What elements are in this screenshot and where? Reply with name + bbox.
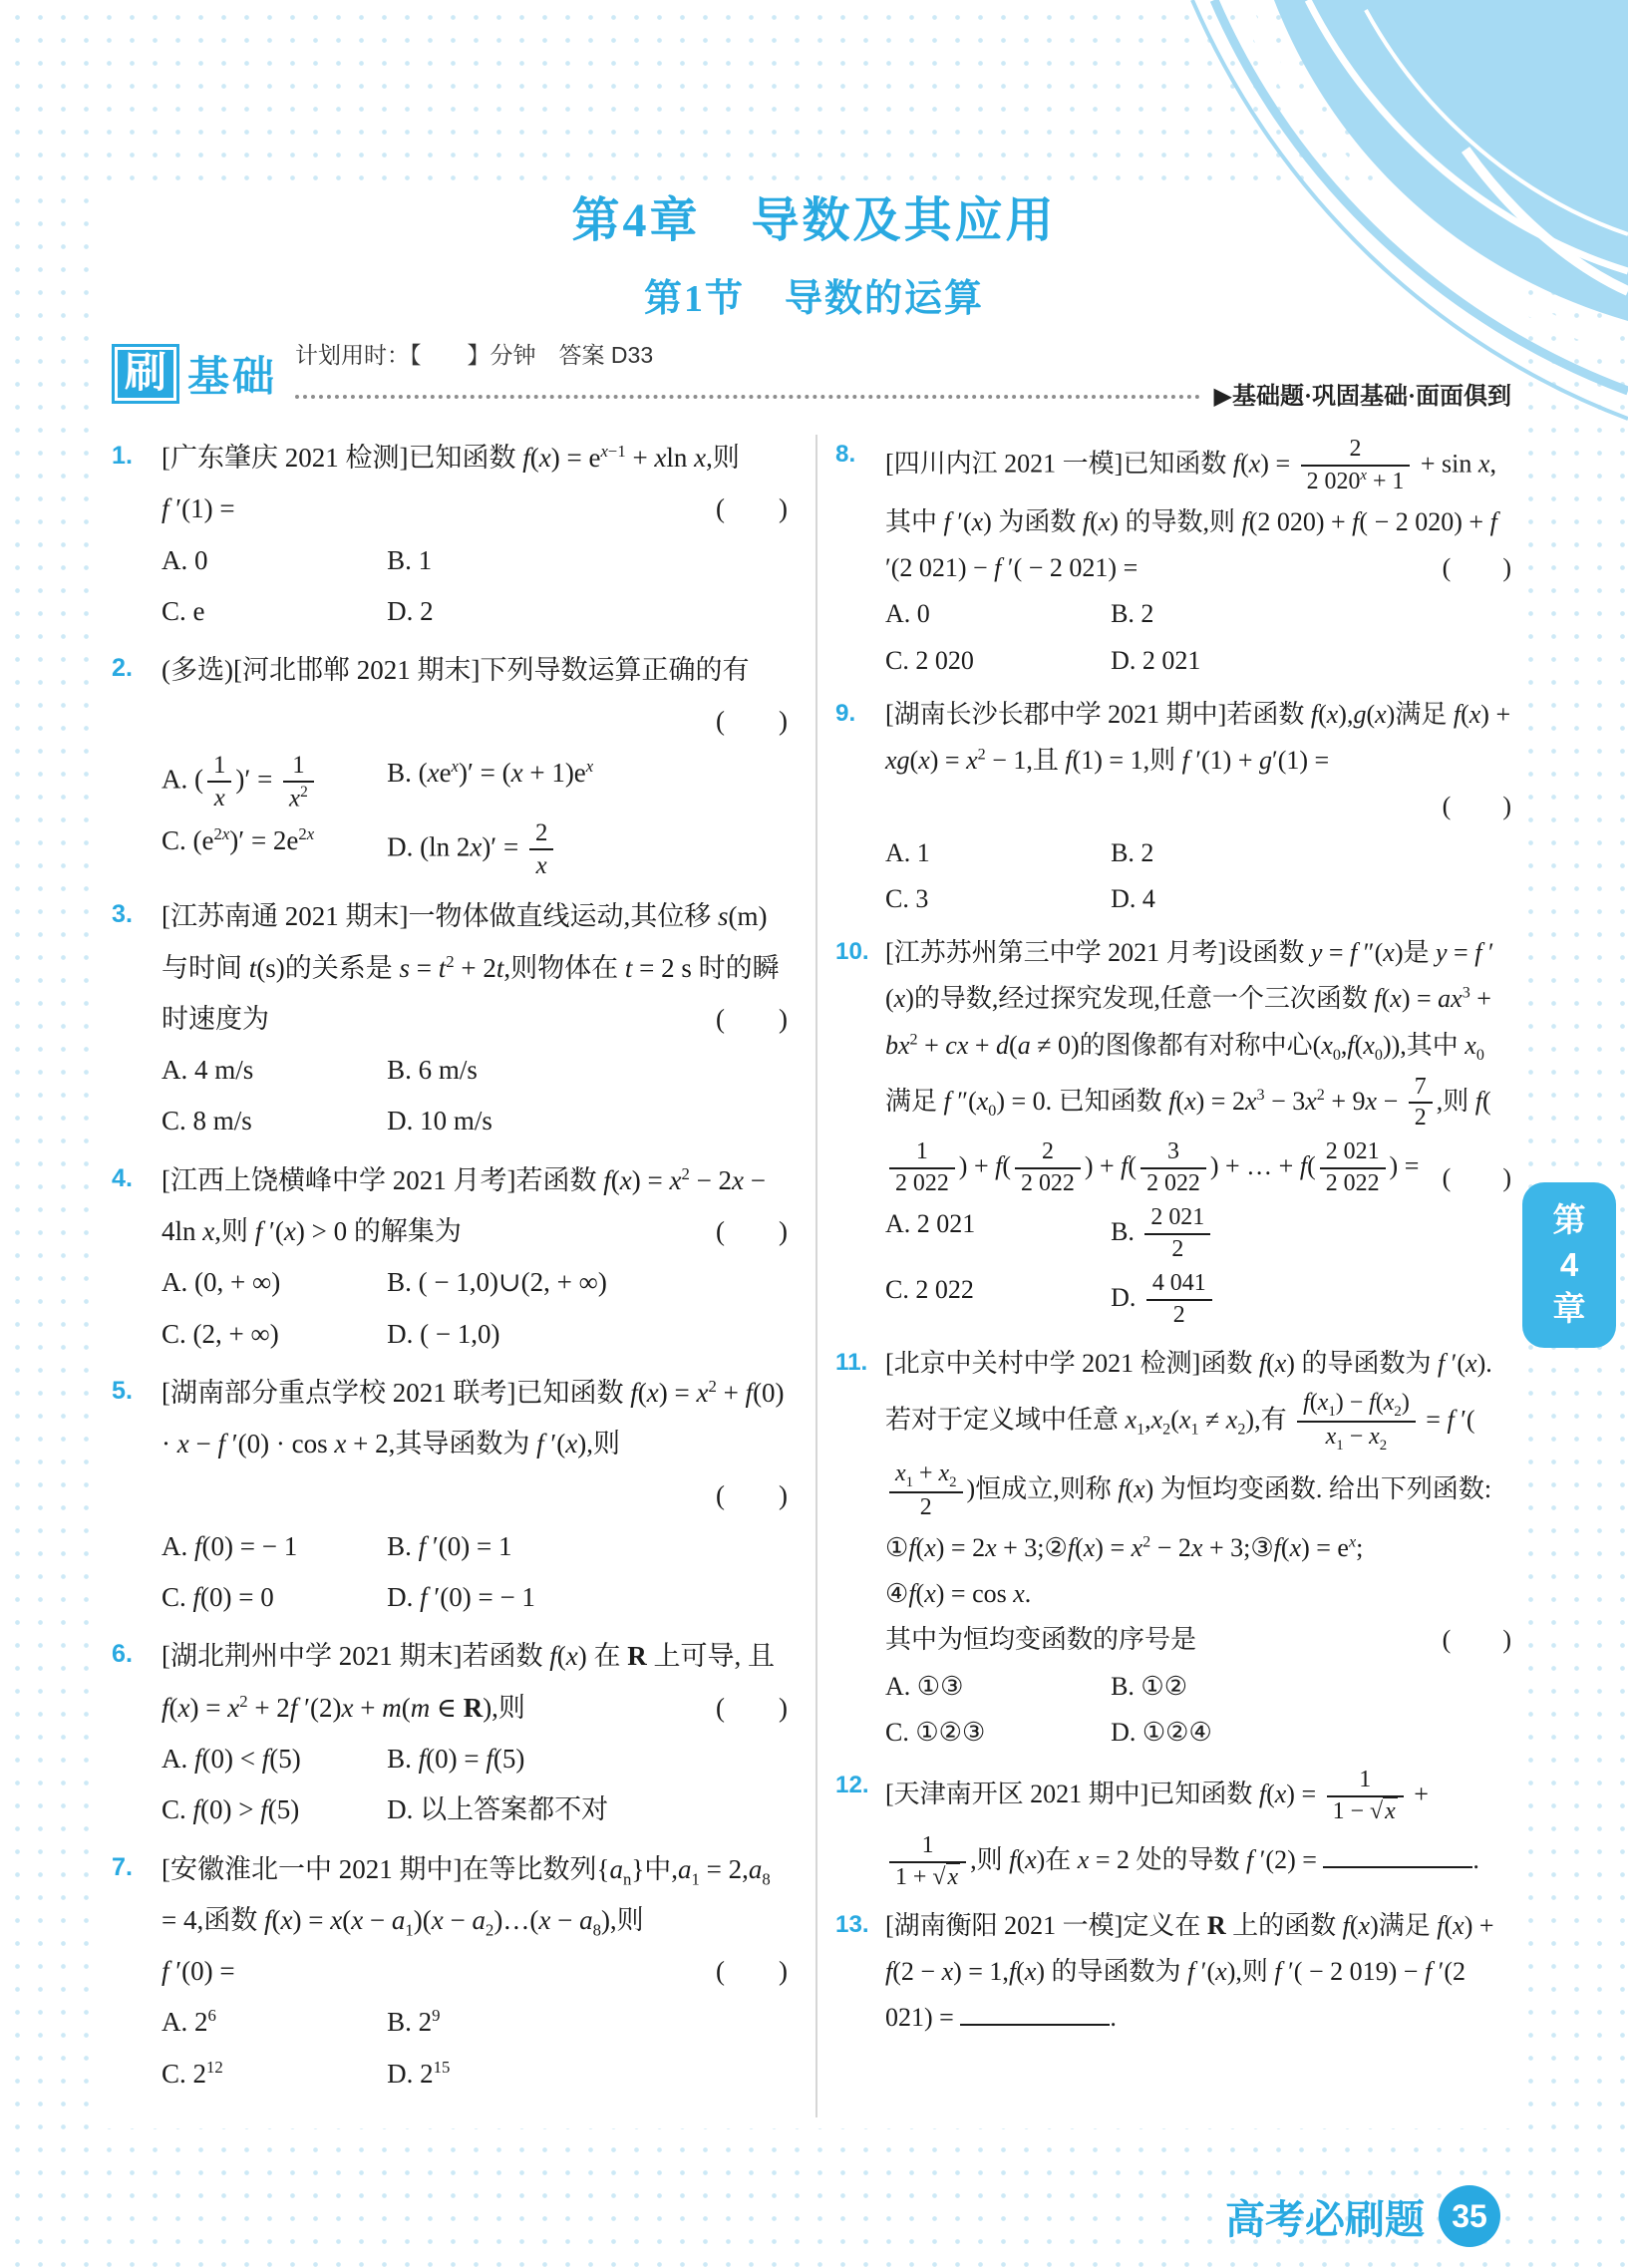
answer-option: A. (1x)′ = 1x2 [162, 748, 387, 815]
question-number: 2. [112, 645, 162, 883]
question-body: [湖北荆州中学 2021 期末]若函数 f(x) 在 R 上可导, 且 f(x)… [162, 1631, 788, 1835]
answer-option: D. 10 m/s [387, 1096, 788, 1146]
answer-option: C. e [162, 586, 387, 637]
question-options: A. f(0) = − 1B. f ′(0) = 1C. f(0) = 0D. … [162, 1521, 788, 1624]
question-stem: [江苏南通 2021 期末]一物体做直线运动,其位移 s(m)与时间 t(s)的… [162, 891, 788, 1045]
question-stem: [四川内江 2021 一模]已知函数 f(x) = 22 020x + 1 + … [885, 433, 1511, 591]
question-number: 11. [835, 1341, 885, 1756]
answer-bracket: ( ) [1443, 545, 1511, 591]
answer-option: A. 4 m/s [162, 1045, 387, 1096]
question-stem: [江苏苏州第三中学 2021 月考]设函数 y = f ″(x)是 y = f … [885, 930, 1511, 1201]
answer-option: C. 212 [162, 2049, 387, 2100]
question: 4. [江西上饶横峰中学 2021 月考]若函数 f(x) = x2 − 2x … [112, 1155, 788, 1360]
answer-option: D. 4 [1111, 876, 1511, 922]
answer-option: A. f(0) < f(5) [162, 1734, 387, 1784]
question-stem: [安徽淮北一中 2021 期中]在等比数列{an}中,a1 = 2,a8 = 4… [162, 1844, 788, 1998]
question-options: A. 4 m/sB. 6 m/sC. 8 m/sD. 10 m/s [162, 1045, 788, 1147]
answer-option: B. 2 [1111, 591, 1511, 637]
answer-option: D. ( − 1,0) [387, 1309, 788, 1360]
question-options: A. (0, + ∞)B. ( − 1,0)∪(2, + ∞)C. (2, + … [162, 1257, 788, 1360]
answer-bracket: ( ) [1443, 1155, 1511, 1201]
question-body: [广东肇庆 2021 检测]已知函数 f(x) = ex−1 + xln x,则… [162, 433, 788, 637]
answer-option: D. ①②④ [1111, 1710, 1511, 1756]
answer-option: C. 2 022 [885, 1267, 1111, 1333]
question-number: 8. [835, 433, 885, 684]
question-number: 13. [835, 1903, 885, 2042]
answer-option: D. 以上答案都不对 [387, 1784, 788, 1835]
answer-option: B. ①② [1111, 1664, 1511, 1710]
question: 2. (多选)[河北邯郸 2021 期末]下列导数运算正确的有 ( ) A. (… [112, 645, 788, 883]
question-number: 1. [112, 433, 162, 637]
answer-option: C. ①②③ [885, 1710, 1111, 1756]
question-body: [湖南衡阳 2021 一模]定义在 R 上的函数 f(x)满足 f(x) + f… [885, 1903, 1511, 2042]
answer-option: A. 26 [162, 1997, 387, 2048]
chapter-side-tab-label: 第4章 [1551, 1198, 1587, 1332]
question-number: 4. [112, 1155, 162, 1360]
answer-option: D. 215 [387, 2049, 788, 2100]
question-stem: [江西上饶横峰中学 2021 月考]若函数 f(x) = x2 − 2x − 4… [162, 1155, 788, 1258]
chapter-side-tab: 第4章 [1522, 1182, 1616, 1348]
answer-option: C. (e2x)′ = 2e2x [162, 815, 387, 883]
answer-option: B. ( − 1,0)∪(2, + ∞) [387, 1257, 788, 1308]
answer-bracket: ( ) [716, 484, 788, 534]
question: 11. [北京中关村中学 2021 检测]函数 f(x) 的导函数为 f ′(x… [835, 1341, 1511, 1756]
question-stem: [湖北荆州中学 2021 期末]若函数 f(x) 在 R 上可导, 且 f(x)… [162, 1631, 788, 1734]
question-options: A. ①③B. ①②C. ①②③D. ①②④ [885, 1664, 1511, 1757]
question-body: [四川内江 2021 一模]已知函数 f(x) = 22 020x + 1 + … [885, 433, 1511, 684]
question-stem: [北京中关村中学 2021 检测]函数 f(x) 的导函数为 f ′(x). 若… [885, 1341, 1511, 1664]
answer-option: C. f(0) > f(5) [162, 1784, 387, 1835]
answer-option: B. f ′(0) = 1 [387, 1521, 788, 1572]
question-number: 6. [112, 1631, 162, 1835]
question-options: A. f(0) < f(5)B. f(0) = f(5)C. f(0) > f(… [162, 1734, 788, 1836]
section-title: 第1节 导数的运算 [0, 267, 1628, 322]
answer-bracket: ( ) [716, 1683, 788, 1734]
question-stem: [湖南衡阳 2021 一模]定义在 R 上的函数 f(x)满足 f(x) + f… [885, 1903, 1511, 2042]
question-options: A. 1B. 2C. 3D. 4 [885, 830, 1511, 923]
answer-option: C. f(0) = 0 [162, 1572, 387, 1623]
question-options: A. 26B. 29C. 212D. 215 [162, 1997, 788, 2100]
question-body: [江苏苏州第三中学 2021 月考]设函数 y = f ″(x)是 y = f … [885, 930, 1511, 1333]
answer-option: D. 2 [387, 586, 788, 637]
question: 8. [四川内江 2021 一模]已知函数 f(x) = 22 020x + 1… [835, 433, 1511, 684]
drill-badge-word: 基础 [179, 344, 277, 404]
answer-option: C. 8 m/s [162, 1096, 387, 1146]
question: 5. [湖南部分重点学校 2021 联考]已知函数 f(x) = x2 + f(… [112, 1368, 788, 1623]
question-stem: [湖南部分重点学校 2021 联考]已知函数 f(x) = x2 + f(0) … [162, 1368, 788, 1521]
question-number: 3. [112, 891, 162, 1146]
plan-time-label: 计划用时：【 】分钟 答案 D33 [295, 337, 1511, 376]
question: 1. [广东肇庆 2021 检测]已知函数 f(x) = ex−1 + xln … [112, 433, 788, 637]
question-number: 9. [835, 692, 885, 922]
answer-option: B. f(0) = f(5) [387, 1734, 788, 1784]
answer-option: B. 1 [387, 535, 788, 586]
question-body: [江西上饶横峰中学 2021 月考]若函数 f(x) = x2 − 2x − 4… [162, 1155, 788, 1360]
answer-option: B. 2 0212 [1111, 1201, 1511, 1267]
basics-banner-note: ▶基础题·巩固基础·面面俱到 [1214, 376, 1511, 411]
question-number: 7. [112, 1844, 162, 2100]
questions-column-right: 8. [四川内江 2021 一模]已知函数 f(x) = 22 020x + 1… [835, 433, 1511, 2107]
answer-bracket: ( ) [1443, 1617, 1511, 1663]
answer-bracket: ( ) [716, 696, 788, 747]
page-footer: 高考必刷题 35 [1225, 2185, 1500, 2247]
answer-option: A. ①③ [885, 1664, 1111, 1710]
answer-option: D. 4 0412 [1111, 1267, 1511, 1333]
question: 13. [湖南衡阳 2021 一模]定义在 R 上的函数 f(x)满足 f(x)… [835, 1903, 1511, 2042]
question-body: (多选)[河北邯郸 2021 期末]下列导数运算正确的有 ( ) A. (1x)… [162, 645, 788, 883]
answer-bracket: ( ) [716, 1206, 788, 1257]
answer-bracket: ( ) [1443, 784, 1511, 829]
question: 10. [江苏苏州第三中学 2021 月考]设函数 y = f ″(x)是 y … [835, 930, 1511, 1333]
answer-option: A. (0, + ∞) [162, 1257, 387, 1308]
drill-badge: 刷 [112, 344, 179, 404]
answer-option: A. 0 [162, 535, 387, 586]
question-options: A. 0B. 2C. 2 020D. 2 021 [885, 591, 1511, 684]
question-body: [安徽淮北一中 2021 期中]在等比数列{an}中,a1 = 2,a8 = 4… [162, 1844, 788, 2100]
question-body: [北京中关村中学 2021 检测]函数 f(x) 的导函数为 f ′(x). 若… [885, 1341, 1511, 1756]
question: 3. [江苏南通 2021 期末]一物体做直线运动,其位移 s(m)与时间 t(… [112, 891, 788, 1146]
question: 12. [天津南开区 2021 期中]已知函数 f(x) = 11 − √x +… [835, 1764, 1511, 1895]
answer-option: C. (2, + ∞) [162, 1309, 387, 1360]
answer-option: B. 29 [387, 1997, 788, 2048]
answer-option: D. f ′(0) = − 1 [387, 1572, 788, 1623]
question-options: A. (1x)′ = 1x2B. (xex)′ = (x + 1)exC. (e… [162, 748, 788, 883]
answer-bracket: ( ) [716, 1470, 788, 1521]
question-body: [湖南长沙长郡中学 2021 期中]若函数 f(x),g(x)满足 f(x) +… [885, 692, 1511, 922]
question-stem: [广东肇庆 2021 检测]已知函数 f(x) = ex−1 + xln x,则… [162, 433, 788, 535]
answer-option: A. 0 [885, 591, 1111, 637]
questions-area: 1. [广东肇庆 2021 检测]已知函数 f(x) = ex−1 + xln … [112, 433, 1511, 2107]
leader-row: ▶基础题·巩固基础·面面俱到 [295, 376, 1511, 411]
dotted-leader-line [295, 395, 1200, 399]
answer-option: D. (ln 2x)′ = 2x [387, 815, 788, 883]
footer-brand: 高考必刷题 [1225, 2188, 1425, 2245]
question-body: [湖南部分重点学校 2021 联考]已知函数 f(x) = x2 + f(0) … [162, 1368, 788, 1623]
question-stem: [湖南长沙长郡中学 2021 期中]若函数 f(x),g(x)满足 f(x) +… [885, 692, 1511, 830]
answer-option: D. 2 021 [1111, 638, 1511, 684]
questions-column-left: 1. [广东肇庆 2021 检测]已知函数 f(x) = ex−1 + xln … [112, 433, 788, 2107]
answer-option: A. 1 [885, 830, 1111, 876]
answer-option: A. f(0) = − 1 [162, 1521, 387, 1572]
question-stem: (多选)[河北邯郸 2021 期末]下列导数运算正确的有 ( ) [162, 645, 788, 748]
answer-option: B. 6 m/s [387, 1045, 788, 1096]
answer-option: A. 2 021 [885, 1201, 1111, 1267]
answer-option: C. 3 [885, 876, 1111, 922]
answer-bracket: ( ) [716, 1946, 788, 1997]
page-number-badge: 35 [1439, 2185, 1500, 2247]
question-number: 10. [835, 930, 885, 1333]
answer-option: B. (xex)′ = (x + 1)ex [387, 748, 788, 815]
question-number: 12. [835, 1764, 885, 1895]
answer-option: B. 2 [1111, 830, 1511, 876]
question-stem: [天津南开区 2021 期中]已知函数 f(x) = 11 − √x + 11 … [885, 1764, 1511, 1895]
answer-bracket: ( ) [716, 994, 788, 1045]
chapter-title: 第4章 导数及其应用 [0, 181, 1628, 250]
header-strip-right: 计划用时：【 】分钟 答案 D33 ▶基础题·巩固基础·面面俱到 [277, 337, 1511, 411]
question-body: [天津南开区 2021 期中]已知函数 f(x) = 11 − √x + 11 … [885, 1764, 1511, 1895]
answer-option: C. 2 020 [885, 638, 1111, 684]
question: 9. [湖南长沙长郡中学 2021 期中]若函数 f(x),g(x)满足 f(x… [835, 692, 1511, 922]
question-options: A. 0B. 1C. eD. 2 [162, 535, 788, 638]
question-body: [江苏南通 2021 期末]一物体做直线运动,其位移 s(m)与时间 t(s)的… [162, 891, 788, 1146]
question-options: A. 2 021B. 2 0212C. 2 022D. 4 0412 [885, 1201, 1511, 1333]
question: 7. [安徽淮北一中 2021 期中]在等比数列{an}中,a1 = 2,a8 … [112, 1844, 788, 2100]
drill-badge-char: 刷 [118, 350, 173, 398]
drill-basics-header: 刷 基础 计划用时：【 】分钟 答案 D33 ▶基础题·巩固基础·面面俱到 [112, 337, 1511, 411]
question: 6. [湖北荆州中学 2021 期末]若函数 f(x) 在 R 上可导, 且 f… [112, 1631, 788, 1835]
question-number: 5. [112, 1368, 162, 1623]
